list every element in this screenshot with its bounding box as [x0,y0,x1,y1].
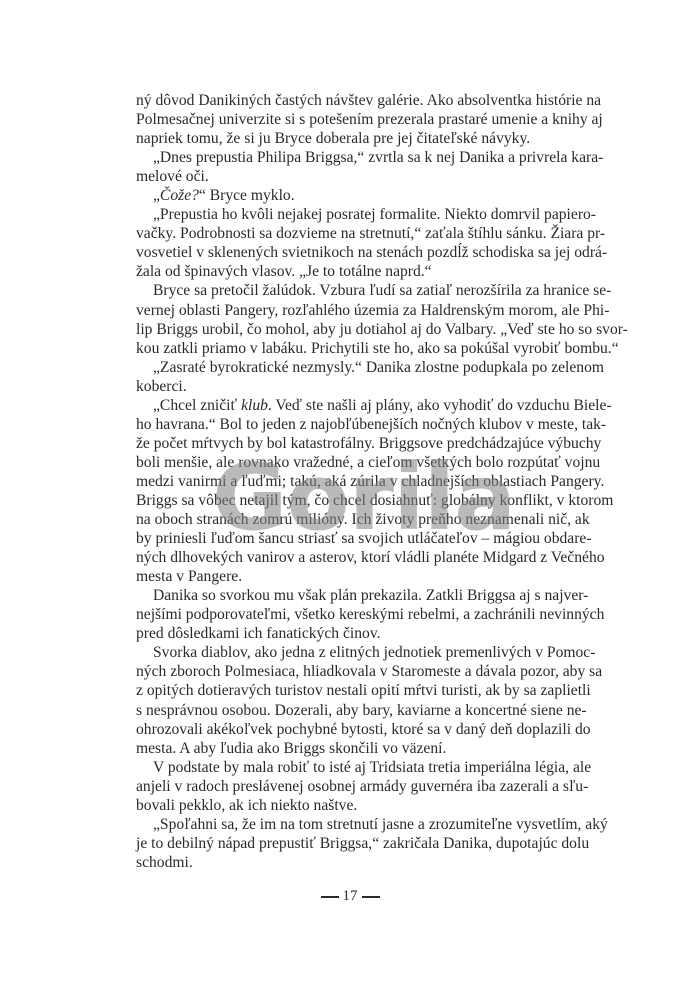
text-line: vačky. Podrobnosti sa dozvieme na stretn… [136,224,569,243]
text-line: z opitých dotieravých turistov nestali o… [136,681,569,700]
text-line: ných dlhovekých vanirov a asterov, ktorí… [136,548,569,567]
text-line: vernej oblasti Pangery, rozľahlého územi… [136,301,569,320]
text-line: anjeli v radoch preslávenej osobnej armá… [136,777,569,796]
text-line: medzi vanirmi a ľuďmi; takú, aká zúrila … [136,472,569,491]
text-line: Bryce sa pretočil žalúdok. Vzbura ľudí s… [136,281,569,300]
text-line: melové oči. [136,167,569,186]
text-line: „Spoľahni sa, že im na tom stretnutí jas… [136,815,569,834]
text-line: s nesprávnou osobou. Dozerali, aby bary,… [136,701,569,720]
text-line: schodmi. [136,853,569,872]
text-line: ných zboroch Polmesiaca, hliadkovala v S… [136,662,569,681]
page-number-text: 17 [343,888,358,904]
text-line: lip Briggs urobil, čo mohol, aby ju doti… [136,320,569,339]
text-line: boli menšie, ale rovnako vražedné, a cie… [136,453,569,472]
text-line: je to debilný nápad prepustiť Briggsa,“ … [136,834,569,853]
text-line: nejšími podporovateľmi, všetko kereskými… [136,605,569,624]
text-line: mesta. A aby ľudia ako Briggs skončili v… [136,739,569,758]
text-line: ohrozovali akékoľvek pochybné bytosti, k… [136,720,569,739]
page-body: ný dôvod Danikiných častých návštev galé… [136,91,569,872]
text-line: Polmesačnej univerzite si s potešením pr… [136,110,569,129]
text-line: koberci. [136,377,569,396]
dash-right-icon [362,896,380,898]
text-line: bovali pekklo, ak ich niekto naštve. [136,796,569,815]
text-line: ný dôvod Danikiných častých návštev galé… [136,91,569,110]
text-line: „Zasraté byrokratické nezmysly.“ Danika … [136,358,569,377]
text-line: Danika so svorkou mu však plán prekazila… [136,586,569,605]
text-line: žala od špinavých vlasov. „Je to totálne… [136,262,569,281]
text-line: Briggs sa vôbec netajil tým, čo chcel do… [136,491,569,510]
text-line: napriek tomu, že si ju Bryce doberala pr… [136,129,569,148]
text-line: vosvetiel v sklenených svietnikoch na st… [136,243,569,262]
text-line: „Prepustia ho kvôli nejakej posratej for… [136,205,569,224]
text-line: mesta v Pangere. [136,567,569,586]
page-number: 17 [0,888,700,905]
text-line: pred dôsledkami ich fanatických činov. [136,624,569,643]
text-line: ho havrana.“ Bol to jeden z najobľúbenej… [136,415,569,434]
text-line: „Chcel zničiť klub. Veď ste našli aj plá… [136,396,569,415]
text-line: Svorka diablov, ako jedna z elitných jed… [136,643,569,662]
text-line: kou zatkli priamo v labáku. Prichytili s… [136,339,569,358]
text-line: že počet mŕtvych by bol katastrofálny. B… [136,434,569,453]
text-line: „Čože?“ Bryce myklo. [136,186,569,205]
text-line: na oboch stranách zomrú milióny. Ich živ… [136,510,569,529]
text-line: V podstate by mala robiť to isté aj Trid… [136,758,569,777]
dash-left-icon [321,896,339,898]
text-line: „Dnes prepustia Philipa Briggsa,“ zvrtla… [136,148,569,167]
text-line: by priniesli ľuďom šancu striasť sa svoj… [136,529,569,548]
